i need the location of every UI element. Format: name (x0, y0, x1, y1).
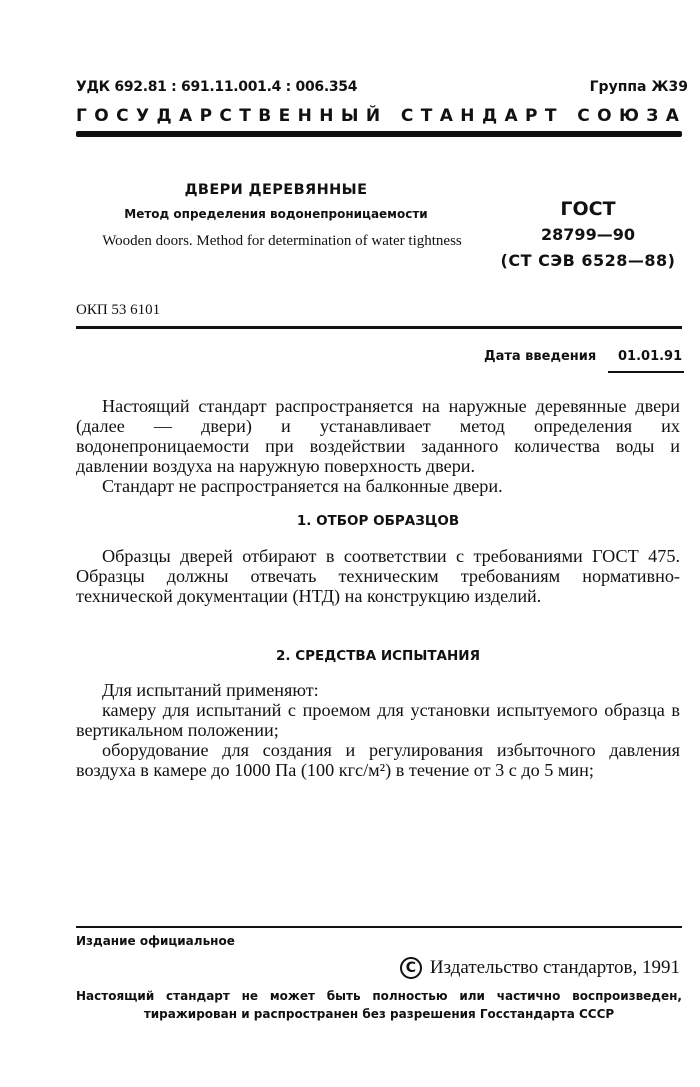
english-title: Wooden doors. Method for determination o… (94, 233, 470, 250)
gost-designation: ГОСТ 28799—90 (СТ СЭВ 6528—88) (488, 196, 688, 274)
section-heading: 2. СРЕДСТВА ИСПЫТАНИЯ (76, 648, 680, 664)
introduction-date-value: 01.01.91 (618, 349, 682, 364)
copyright-text: Издательство стандартов, 1991 (430, 957, 680, 978)
state-standard-banner: ГОСУДАРСТВЕННЫЙ СТАНДАРТ СОЮЗА ССР (76, 106, 700, 126)
section-1-text: Образцы дверей отбирают в соответствии с… (76, 546, 680, 606)
footer-rule (76, 926, 682, 928)
group-code: Группа Ж39 (590, 79, 688, 95)
copyright-icon: C (400, 957, 422, 979)
document-subtitle: Метод определения водонепроницаемости (76, 207, 476, 221)
title-rule (76, 326, 682, 329)
section-heading: 1. ОТБОР ОБРАЗЦОВ (76, 513, 680, 529)
copyright-line: CИздательство стандартов, 1991 (400, 957, 680, 979)
okp-code: ОКП 53 6101 (76, 302, 160, 319)
section-paragraph: Для испытаний применяют: (76, 680, 680, 700)
intro-text: Настоящий стандарт распространяется на н… (76, 396, 680, 496)
section-paragraph: камеру для испытаний с проемом для устан… (76, 700, 680, 740)
notice-line: Настоящий стандарт не может быть полност… (76, 987, 682, 1005)
cmea-number: (СТ СЭВ 6528—88) (488, 248, 688, 274)
section-2-text: Для испытаний применяют: камеру для испы… (76, 680, 680, 780)
reproduction-notice: Настоящий стандарт не может быть полност… (76, 987, 682, 1023)
gost-number: 28799—90 (488, 222, 688, 248)
date-underline (608, 371, 684, 373)
section-paragraph: оборудование для создания и регулировани… (76, 740, 680, 780)
intro-paragraph: Стандарт не распространяется на балконны… (76, 476, 680, 496)
gost-label: ГОСТ (488, 196, 688, 222)
introduction-date-label: Дата введения (484, 349, 596, 364)
official-edition-label: Издание официальное (76, 934, 235, 948)
section-paragraph: Образцы дверей отбирают в соответствии с… (76, 546, 680, 606)
udk-code: УДК 692.81 : 691.11.001.4 : 006.354 (76, 79, 357, 95)
document-title: ДВЕРИ ДЕРЕВЯННЫЕ (76, 182, 476, 198)
header-rule (76, 131, 682, 137)
notice-line: тиражирован и распространен без разрешен… (76, 1005, 682, 1023)
intro-paragraph: Настоящий стандарт распространяется на н… (76, 396, 680, 476)
